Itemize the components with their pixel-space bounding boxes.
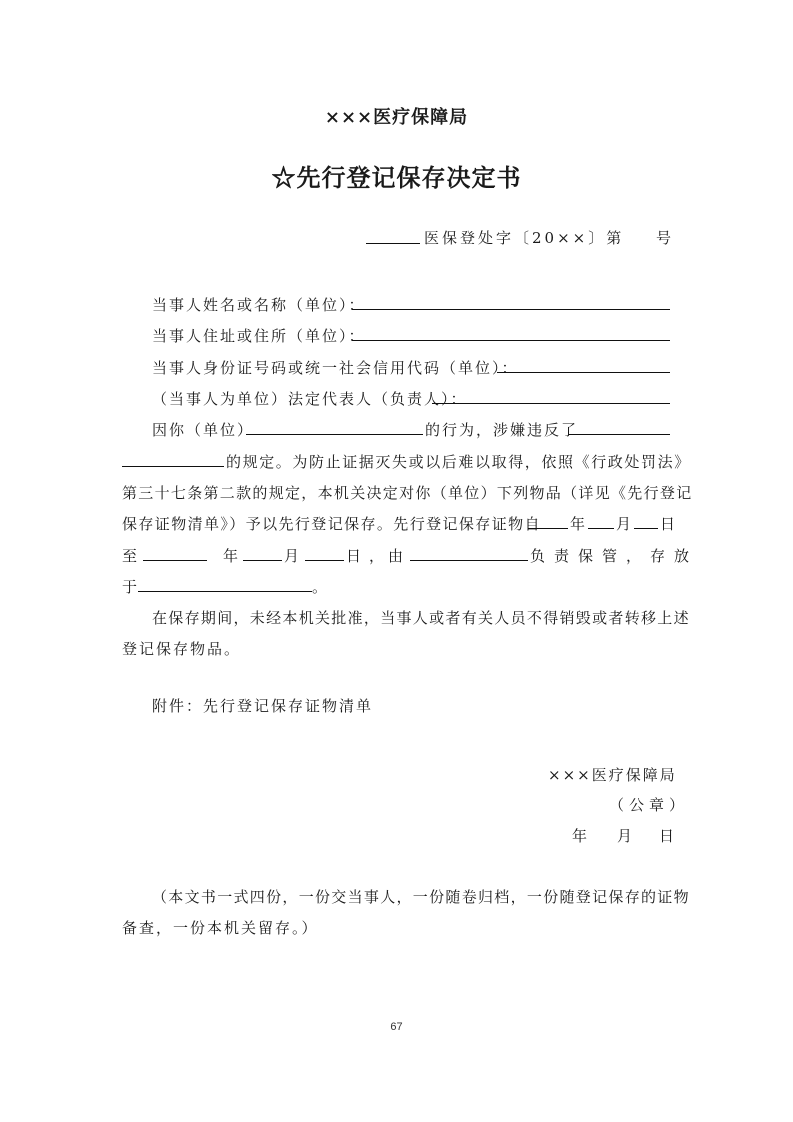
doc-number-text: 医保登处字〔20××〕第 <box>424 227 624 248</box>
start-day-blank[interactable] <box>634 513 658 529</box>
field-input-address[interactable] <box>352 325 670 341</box>
start-month-label: 月 <box>616 513 633 534</box>
end-year-label: 年 <box>223 545 240 566</box>
signature-agency: ×××医疗保障局 <box>548 764 677 785</box>
signature-month: 月 <box>617 825 634 846</box>
end-month-label: 月 <box>284 545 301 566</box>
copies-note-line2: 备查，一份本机关留存。） <box>122 917 319 938</box>
agency-header: ×××医疗保障局 <box>0 103 793 129</box>
end-month-blank[interactable] <box>243 545 282 561</box>
custodian-blank[interactable] <box>410 545 528 561</box>
start-month-blank[interactable] <box>588 513 614 529</box>
violated-law-blank-2[interactable] <box>122 451 224 467</box>
doc-number-suffix: 号 <box>656 227 673 248</box>
behavior-blank[interactable] <box>246 419 423 435</box>
para1-line2: 的规定。为防止证据灭失或以后难以取得，依照《行政处罚法》 <box>226 451 691 472</box>
storage-end: 。 <box>312 576 329 597</box>
start-year-blank[interactable] <box>528 513 568 529</box>
end-year-blank[interactable] <box>143 545 207 561</box>
document-title: ☆先行登记保存决定书 <box>0 158 793 193</box>
end-day-label: 日， <box>346 545 392 566</box>
field-label-representative: （当事人为单位）法定代表人（负责人）： <box>152 388 468 409</box>
para1-line1-a: 因你（单位） <box>152 419 254 440</box>
doc-number-blank[interactable] <box>366 228 420 244</box>
end-day-blank[interactable] <box>305 545 344 561</box>
page-number: 67 <box>0 1021 793 1033</box>
signature-day: 日 <box>659 825 676 846</box>
para1-line4: 保存证物清单》）予以先行登记保存。先行登记保存证物自 <box>122 513 541 534</box>
start-year-label: 年 <box>570 513 587 534</box>
field-input-representative[interactable] <box>432 388 670 404</box>
custodian-suffix: 负责保管，存放 <box>530 545 698 566</box>
signature-year: 年 <box>572 825 589 846</box>
storage-location-blank[interactable] <box>138 576 312 592</box>
copies-note-line1: （本文书一式四份，一份交当事人，一份随卷归档，一份随登记保存的证物 <box>152 886 690 907</box>
start-day-label: 日 <box>660 513 677 534</box>
para1-line1-b: 的行为，涉嫌违反了 <box>425 419 578 440</box>
field-input-name[interactable] <box>352 294 670 310</box>
end-to-label: 至 <box>122 545 139 566</box>
attachment-note: 附件：先行登记保存证物清单 <box>152 695 373 716</box>
field-label-id: 当事人身份证号码或统一社会信用代码（单位）： <box>152 357 519 378</box>
custodian-by-label: 由 <box>388 545 405 566</box>
field-input-id[interactable] <box>497 357 670 373</box>
para2-line2: 登记保存物品。 <box>122 638 241 659</box>
para1-line3: 第三十七条第二款的规定，本机关决定对你（单位）下列物品（详见《先行登记 <box>122 482 693 503</box>
field-label-name: 当事人姓名或名称（单位）： <box>152 294 366 315</box>
storage-at-label: 于 <box>122 576 139 597</box>
violated-law-blank-1[interactable] <box>568 419 670 435</box>
field-label-address: 当事人住址或住所（单位）： <box>152 325 366 346</box>
para2-line1: 在保存期间，未经本机关批准，当事人或者有关人员不得销毁或者转移上述 <box>152 607 690 628</box>
signature-seal: （公章） <box>609 794 689 815</box>
